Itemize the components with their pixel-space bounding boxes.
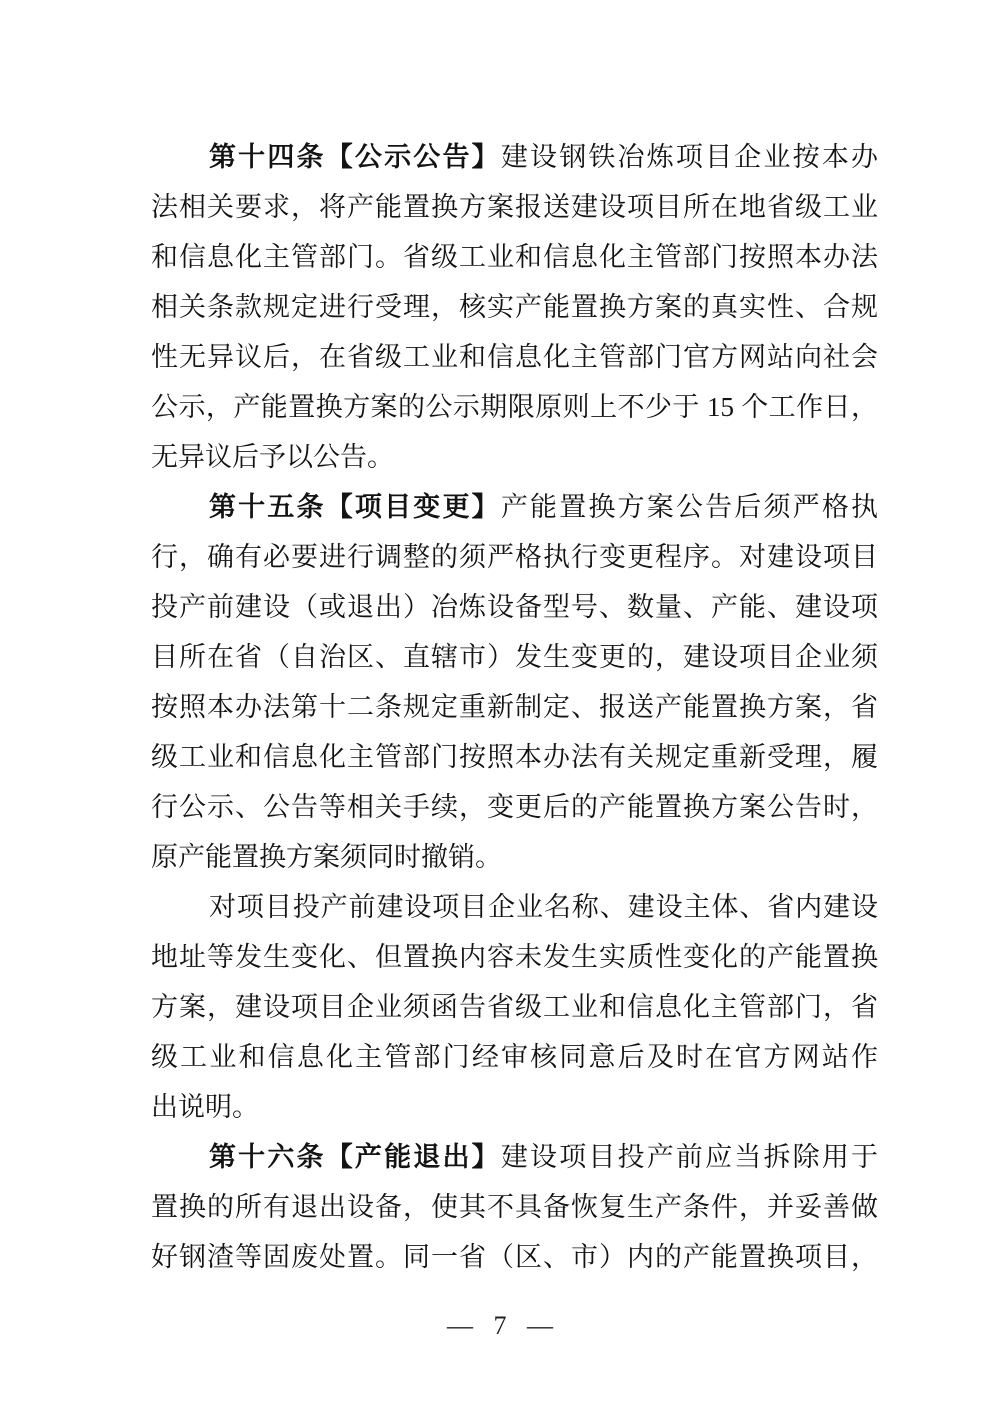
text-line: 置换的所有退出设备，使其不具备恢复生产条件，并妥善做 — [151, 1182, 878, 1232]
text-line: 无异议后予以公告。 — [151, 432, 878, 482]
text-line: 对项目投产前建设项目企业名称、建设主体、省内建设 — [151, 882, 878, 932]
line-text: 公示，产能置换方案的公示期限原则上不少于 15 个工作日， — [151, 392, 878, 422]
text-line: 级工业和信息化主管部门按照本办法有关规定重新受理，履 — [151, 732, 878, 782]
line-text: 无异议后予以公告。 — [151, 442, 394, 472]
line-text: 产能置换方案公告后须严格执 — [501, 492, 878, 522]
line-text: 性无异议后，在省级工业和信息化主管部门官方网站向社会 — [151, 342, 878, 372]
text-line: 第十六条【产能退出】建设项目投产前应当拆除用于 — [151, 1132, 878, 1182]
article-heading: 第十四条【公示公告】 — [209, 142, 501, 172]
text-line: 法相关要求，将产能置换方案报送建设项目所在地省级工业 — [151, 182, 878, 232]
text-line: 第十四条【公示公告】建设钢铁冶炼项目企业按本办 — [151, 132, 878, 182]
line-text: 建设钢铁冶炼项目企业按本办 — [501, 142, 878, 172]
line-text: 方案，建设项目企业须函告省级工业和信息化主管部门，省 — [151, 992, 878, 1022]
line-text: 建设项目投产前应当拆除用于 — [501, 1142, 878, 1172]
document-text-block: 第十四条【公示公告】建设钢铁冶炼项目企业按本办 法相关要求，将产能置换方案报送建… — [151, 132, 878, 1282]
page-number: — 7 — — [447, 1311, 553, 1340]
text-line: 公示，产能置换方案的公示期限原则上不少于 15 个工作日， — [151, 382, 878, 432]
line-text: 法相关要求，将产能置换方案报送建设项目所在地省级工业 — [151, 192, 878, 222]
line-text: 相关条款规定进行受理，核实产能置换方案的真实性、合规 — [151, 292, 878, 322]
text-line: 原产能置换方案须同时撤销。 — [151, 832, 878, 882]
article-heading: 第十五条【项目变更】 — [209, 492, 501, 522]
article-heading: 第十六条【产能退出】 — [209, 1142, 501, 1172]
line-text: 好钢渣等固废处置。同一省（区、市）内的产能置换项目， — [151, 1242, 878, 1272]
text-line: 和信息化主管部门。省级工业和信息化主管部门按照本办法 — [151, 232, 878, 282]
line-text: 目所在省（自治区、直辖市）发生变更的，建设项目企业须 — [151, 642, 878, 672]
line-text: 原产能置换方案须同时撤销。 — [151, 842, 502, 872]
text-line: 目所在省（自治区、直辖市）发生变更的，建设项目企业须 — [151, 632, 878, 682]
text-line: 行，确有必要进行调整的须严格执行变更程序。对建设项目 — [151, 532, 878, 582]
text-line: 相关条款规定进行受理，核实产能置换方案的真实性、合规 — [151, 282, 878, 332]
line-text: 投产前建设（或退出）冶炼设备型号、数量、产能、建设项 — [151, 592, 878, 622]
line-text: 置换的所有退出设备，使其不具备恢复生产条件，并妥善做 — [151, 1192, 878, 1222]
line-text: 行公示、公告等相关手续，变更后的产能置换方案公告时， — [151, 792, 878, 822]
text-line: 第十五条【项目变更】产能置换方案公告后须严格执 — [151, 482, 878, 532]
page-number-footer: — 7 — — [0, 1308, 1000, 1344]
text-line: 行公示、公告等相关手续，变更后的产能置换方案公告时， — [151, 782, 878, 832]
text-line: 方案，建设项目企业须函告省级工业和信息化主管部门，省 — [151, 982, 878, 1032]
document-page: 第十四条【公示公告】建设钢铁冶炼项目企业按本办 法相关要求，将产能置换方案报送建… — [0, 0, 1000, 1414]
text-line: 级工业和信息化主管部门经审核同意后及时在官方网站作 — [151, 1032, 878, 1082]
line-text: 和信息化主管部门。省级工业和信息化主管部门按照本办法 — [151, 242, 878, 272]
text-line: 出说明。 — [151, 1082, 878, 1132]
text-line: 地址等发生变化、但置换内容未发生实质性变化的产能置换 — [151, 932, 878, 982]
line-text: 级工业和信息化主管部门经审核同意后及时在官方网站作 — [151, 1042, 878, 1072]
line-text: 出说明。 — [151, 1092, 259, 1122]
line-text: 地址等发生变化、但置换内容未发生实质性变化的产能置换 — [151, 942, 878, 972]
text-line: 按照本办法第十二条规定重新制定、报送产能置换方案，省 — [151, 682, 878, 732]
text-line: 性无异议后，在省级工业和信息化主管部门官方网站向社会 — [151, 332, 878, 382]
text-line: 投产前建设（或退出）冶炼设备型号、数量、产能、建设项 — [151, 582, 878, 632]
line-text: 行，确有必要进行调整的须严格执行变更程序。对建设项目 — [151, 542, 878, 572]
line-text: 按照本办法第十二条规定重新制定、报送产能置换方案，省 — [151, 692, 878, 722]
line-text: 级工业和信息化主管部门按照本办法有关规定重新受理，履 — [151, 742, 878, 772]
text-line: 好钢渣等固废处置。同一省（区、市）内的产能置换项目， — [151, 1232, 878, 1282]
line-text: 对项目投产前建设项目企业名称、建设主体、省内建设 — [209, 892, 878, 922]
